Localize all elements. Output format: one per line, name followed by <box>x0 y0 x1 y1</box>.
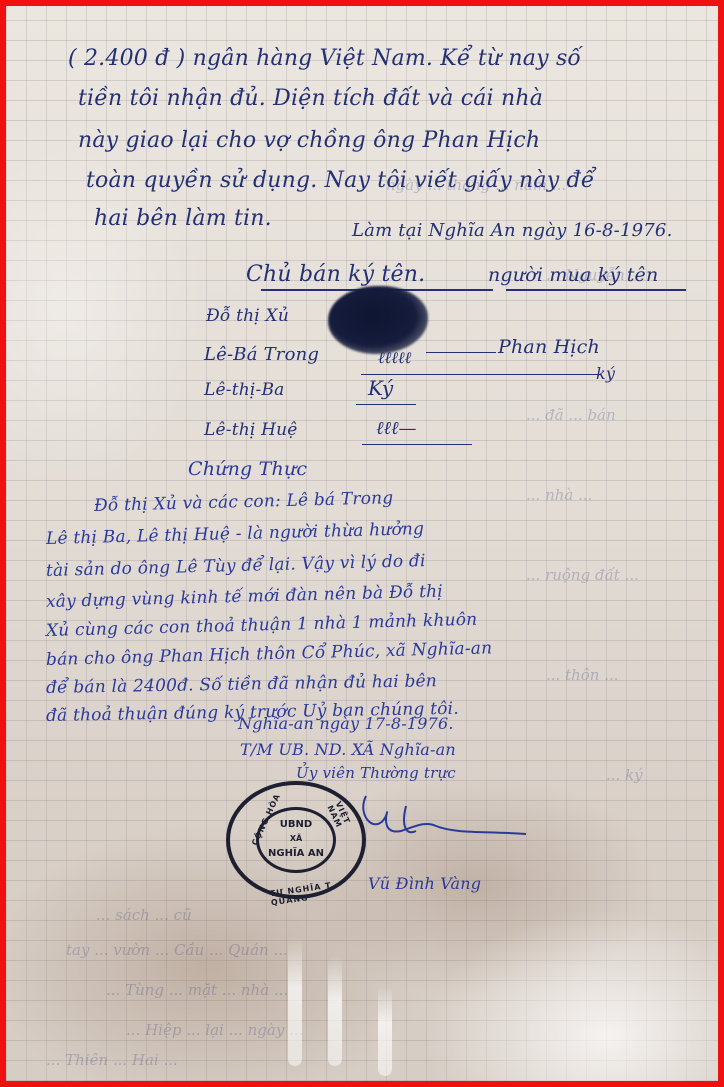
body-line: hai bên làm tin. <box>94 206 272 231</box>
certification-title: Chứng Thực <box>188 458 307 480</box>
water-stain <box>328 956 342 1066</box>
official-signature <box>346 786 546 846</box>
seller-signature: ℓℓℓ— <box>376 418 417 439</box>
stamp-text: UBND <box>259 819 333 830</box>
bleed-through-text: ... sách ... cũ <box>96 906 192 924</box>
seller-name: Lê-thị-Ba <box>204 380 284 400</box>
bleed-through-text: ... ký <box>606 766 643 784</box>
document-frame: ngày ... tháng ... năm ... ... Nguyễn ..… <box>0 0 724 1087</box>
certification-date: Nghĩa-an ngày 17-8-1976. <box>238 714 454 733</box>
seller-name: Đỗ thị Xủ <box>206 306 289 326</box>
seller-mark: Ký <box>368 376 393 400</box>
water-stain <box>288 936 302 1066</box>
body-line: tiền tôi nhận đủ. Diện tích đất và cái n… <box>78 86 543 111</box>
buyer-signature-header: người mua ký tên <box>488 264 658 286</box>
bleed-through-text: ... Thiên ... Hai ... <box>46 1051 178 1069</box>
seller-name: Lê-thị Huệ <box>204 420 298 440</box>
bleed-through-text: ... đã ... bán <box>526 406 616 424</box>
bleed-through-text: ... thôn ... <box>546 666 619 684</box>
stamp-text: NGHĨA AN <box>259 848 333 859</box>
certification-authority: T/M UB. ND. XÃ Nghĩa-an <box>240 740 456 759</box>
official-signer-name: Vũ Đình Vàng <box>368 874 481 893</box>
bleed-through-text: ... ruộng đất ... <box>526 566 639 584</box>
bleed-through-text: ... Hiệp ... lại ... ngày ... <box>126 1021 303 1039</box>
bleed-through-text: ... Tùng ... mặt ... nhà ... <box>106 981 288 999</box>
body-line: ( 2.400 đ ) ngân hàng Việt Nam. Kể từ na… <box>68 46 581 71</box>
buyer-mark: ký <box>596 364 615 383</box>
seller-name: Lê-Bá Trong <box>204 344 319 365</box>
buyer-name: Phan Hịch <box>498 336 600 358</box>
stamp-inner-circle: UBND XÃ NGHĨA AN <box>256 807 336 873</box>
seller-signature: ℓℓℓℓℓ <box>378 348 411 368</box>
underline <box>506 289 686 291</box>
water-stain <box>378 986 392 1076</box>
connector-line <box>426 352 496 353</box>
underline <box>361 374 601 375</box>
seller-signature-header: Chủ bán ký tên. <box>246 262 425 287</box>
place-date: Làm tại Nghĩa An ngày 16-8-1976. <box>352 220 673 241</box>
stamp-text: XÃ <box>259 834 333 843</box>
underline <box>362 444 472 445</box>
underline <box>356 404 416 405</box>
bleed-through-text: ... nhà ... <box>526 486 592 504</box>
bleed-through-text: tay ... vườn ... Cầu ... Quán ... <box>66 941 288 959</box>
body-line: này giao lại cho vợ chồng ông Phan Hịch <box>78 128 540 153</box>
body-line: toàn quyền sử dụng. Nay tôi viết giấy nà… <box>86 168 595 193</box>
official-stamp: CỘNG HÒA VIỆT NAM TƯ NGHĨA T. QUẢNG UBND… <box>226 781 366 899</box>
certification-role: Ủy viên Thường trực <box>296 764 456 782</box>
